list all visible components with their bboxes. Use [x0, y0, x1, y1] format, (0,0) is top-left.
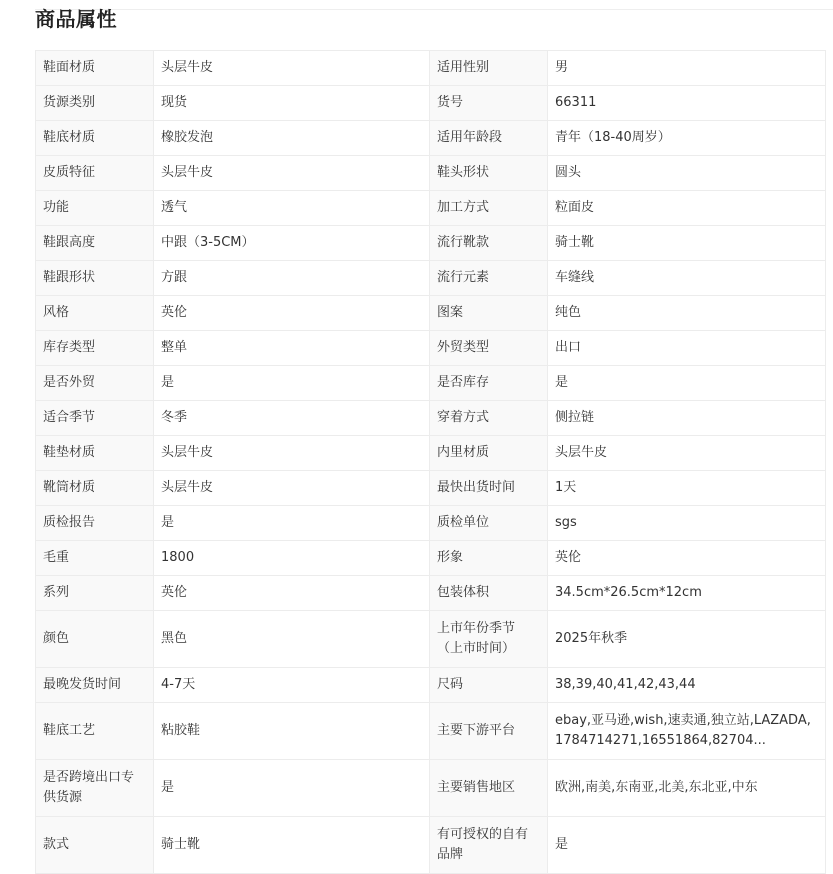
table-row: 质检报告 是 质检单位 sgs — [36, 506, 826, 541]
attr-value: 男 — [548, 51, 826, 86]
table-row: 毛重 1800 形象 英伦 — [36, 541, 826, 576]
attr-value: 车缝线 — [548, 261, 826, 296]
attr-label: 包装体积 — [430, 576, 548, 611]
attr-value: 4-7天 — [154, 668, 430, 703]
table-row: 鞋跟形状 方跟 流行元素 车缝线 — [36, 261, 826, 296]
attr-label: 质检单位 — [430, 506, 548, 541]
attr-value: 是 — [154, 366, 430, 401]
attr-value: 1天 — [548, 471, 826, 506]
attr-label: 最晚发货时间 — [36, 668, 154, 703]
top-divider — [35, 9, 833, 10]
attr-value: 侧拉链 — [548, 401, 826, 436]
attr-value: 是 — [154, 760, 430, 817]
attr-value: 出口 — [548, 331, 826, 366]
table-row: 货源类别 现货 货号 66311 — [36, 86, 826, 121]
attr-label: 货号 — [430, 86, 548, 121]
table-row: 鞋跟高度 中跟（3-5CM） 流行靴款 骑士靴 — [36, 226, 826, 261]
table-row: 鞋底工艺 粘胶鞋 主要下游平台 ebay,亚马逊,wish,速卖通,独立站,LA… — [36, 703, 826, 760]
attr-label: 鞋头形状 — [430, 156, 548, 191]
attr-label: 是否库存 — [430, 366, 548, 401]
attr-label: 鞋跟高度 — [36, 226, 154, 261]
attr-value: 中跟（3-5CM） — [154, 226, 430, 261]
attr-label: 外贸类型 — [430, 331, 548, 366]
attr-value: 粒面皮 — [548, 191, 826, 226]
attr-label: 是否跨境出口专供货源 — [36, 760, 154, 817]
attr-value: 34.5cm*26.5cm*12cm — [548, 576, 826, 611]
attr-value: 粘胶鞋 — [154, 703, 430, 760]
table-row: 颜色 黑色 上市年份季节（上市时间） 2025年秋季 — [36, 611, 826, 668]
attr-label: 适用性别 — [430, 51, 548, 86]
attr-label: 鞋底材质 — [36, 121, 154, 156]
attr-label: 靴筒材质 — [36, 471, 154, 506]
attr-value: 头层牛皮 — [154, 436, 430, 471]
attr-label: 上市年份季节（上市时间） — [430, 611, 548, 668]
attr-label: 内里材质 — [430, 436, 548, 471]
attr-value: 是 — [154, 506, 430, 541]
table-row: 皮质特征 头层牛皮 鞋头形状 圆头 — [36, 156, 826, 191]
attr-label: 颜色 — [36, 611, 154, 668]
attr-value: 2025年秋季 — [548, 611, 826, 668]
table-row: 是否跨境出口专供货源 是 主要销售地区 欧洲,南美,东南亚,北美,东北亚,中东 — [36, 760, 826, 817]
attr-value: 青年（18-40周岁） — [548, 121, 826, 156]
attr-label: 毛重 — [36, 541, 154, 576]
attr-label: 尺码 — [430, 668, 548, 703]
table-row: 风格 英伦 图案 纯色 — [36, 296, 826, 331]
attr-label: 款式 — [36, 817, 154, 867]
attr-label: 最快出货时间 — [430, 471, 548, 506]
attr-label: 适用年龄段 — [430, 121, 548, 156]
attr-value: 1800 — [154, 541, 430, 576]
attr-label: 主要下游平台 — [430, 703, 548, 760]
attr-label: 功能 — [36, 191, 154, 226]
attr-label: 形象 — [430, 541, 548, 576]
attr-label: 流行元素 — [430, 261, 548, 296]
attr-value: 整单 — [154, 331, 430, 366]
attr-value: 英伦 — [154, 576, 430, 611]
table-row: 款式 骑士靴 有可授权的自有品牌 是 — [36, 817, 826, 867]
table-row: 鞋垫材质 头层牛皮 内里材质 头层牛皮 — [36, 436, 826, 471]
attr-label: 流行靴款 — [430, 226, 548, 261]
section-title: 商品属性 — [35, 5, 117, 33]
attr-label: 鞋底工艺 — [36, 703, 154, 760]
attr-label: 风格 — [36, 296, 154, 331]
attr-value: 方跟 — [154, 261, 430, 296]
attr-value: 橡胶发泡 — [154, 121, 430, 156]
attr-value: 头层牛皮 — [548, 436, 826, 471]
attr-value: 是 — [548, 817, 826, 867]
table-row: 系列 英伦 包装体积 34.5cm*26.5cm*12cm — [36, 576, 826, 611]
attr-value: 纯色 — [548, 296, 826, 331]
table-row: 鞋面材质 头层牛皮 适用性别 男 — [36, 51, 826, 86]
attr-value: sgs — [548, 506, 826, 541]
attr-value: 38,39,40,41,42,43,44 — [548, 668, 826, 703]
attr-label: 货源类别 — [36, 86, 154, 121]
attr-value: 英伦 — [154, 296, 430, 331]
attr-value: 头层牛皮 — [154, 156, 430, 191]
table-row: 库存类型 整单 外贸类型 出口 — [36, 331, 826, 366]
attr-label: 系列 — [36, 576, 154, 611]
attr-label: 有可授权的自有品牌 — [430, 817, 548, 867]
attr-value: 黑色 — [154, 611, 430, 668]
table-row: 鞋底材质 橡胶发泡 适用年龄段 青年（18-40周岁） — [36, 121, 826, 156]
attr-value: 是 — [548, 366, 826, 401]
attr-value: 头层牛皮 — [154, 51, 430, 86]
attr-label: 适合季节 — [36, 401, 154, 436]
attr-value: 骑士靴 — [154, 817, 430, 867]
downstream-platforms-text: ebay,亚马逊,wish,速卖通,独立站,LAZADA,1784714271,… — [555, 711, 818, 751]
attr-value: 欧洲,南美,东南亚,北美,东北亚,中东 — [548, 760, 826, 817]
attr-label: 图案 — [430, 296, 548, 331]
table-row: 功能 透气 加工方式 粒面皮 — [36, 191, 826, 226]
attr-label: 鞋面材质 — [36, 51, 154, 86]
table-row: 最晚发货时间 4-7天 尺码 38,39,40,41,42,43,44 — [36, 668, 826, 703]
attr-value: 骑士靴 — [548, 226, 826, 261]
attr-value: ebay,亚马逊,wish,速卖通,独立站,LAZADA,1784714271,… — [548, 703, 826, 760]
attr-label: 加工方式 — [430, 191, 548, 226]
attr-value: 66311 — [548, 86, 826, 121]
attr-value: 现货 — [154, 86, 430, 121]
attr-label: 鞋跟形状 — [36, 261, 154, 296]
attr-label: 库存类型 — [36, 331, 154, 366]
attr-value: 头层牛皮 — [154, 471, 430, 506]
attr-value: 冬季 — [154, 401, 430, 436]
attr-label: 主要销售地区 — [430, 760, 548, 817]
table-row: 是否外贸 是 是否库存 是 — [36, 366, 826, 401]
attr-label: 穿着方式 — [430, 401, 548, 436]
attr-label: 皮质特征 — [36, 156, 154, 191]
product-attributes-table: 鞋面材质 头层牛皮 适用性别 男 货源类别 现货 货号 66311 鞋底材质 橡… — [35, 50, 826, 866]
attr-label: 鞋垫材质 — [36, 436, 154, 471]
attr-label: 是否外贸 — [36, 366, 154, 401]
table-row: 靴筒材质 头层牛皮 最快出货时间 1天 — [36, 471, 826, 506]
attr-label: 质检报告 — [36, 506, 154, 541]
attr-value: 透气 — [154, 191, 430, 226]
table-row: 适合季节 冬季 穿着方式 侧拉链 — [36, 401, 826, 436]
attr-value: 圆头 — [548, 156, 826, 191]
attr-value: 英伦 — [548, 541, 826, 576]
